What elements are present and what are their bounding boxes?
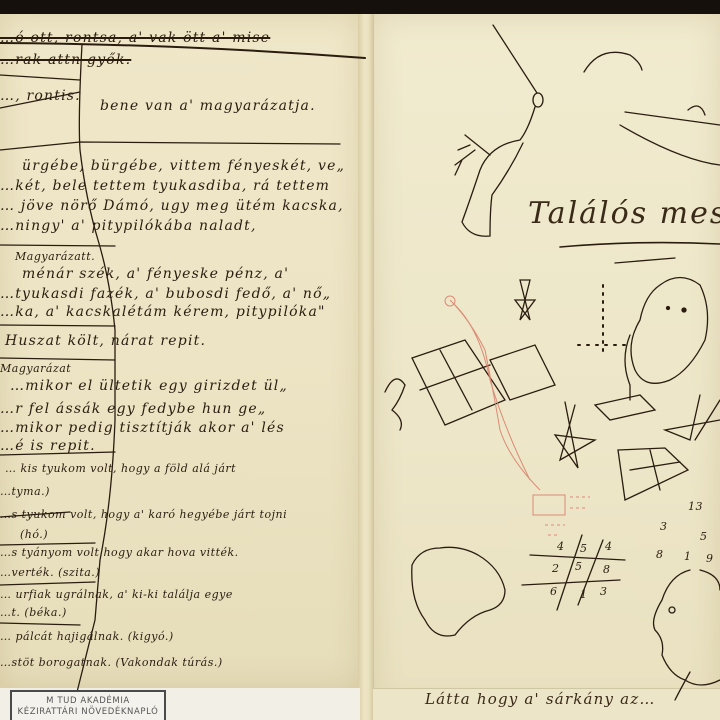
handwritten-line: …mikor pedig tisztítják akor a' lés: [0, 420, 285, 436]
handwritten-line: …ó ott, rontsa, a' vak ött a' mise: [0, 30, 270, 46]
handwritten-line: (hó.): [20, 528, 48, 541]
handwritten-line: …tyma.): [0, 485, 50, 498]
side-number: 5: [700, 530, 708, 543]
page-heading: Találós mes…: [528, 196, 720, 231]
grid-number: 4: [557, 540, 565, 553]
side-number: 1: [684, 550, 692, 563]
side-number: 8: [656, 548, 664, 561]
handwritten-line: bene van a' magyarázatja.: [100, 98, 316, 114]
handwritten-line: …s tyukom volt, hogy a' karó hegyébe jár…: [0, 508, 287, 521]
archive-stamp: M TUD AKADÉMIA KÉZIRATTÁRI NÖVEDÉKNAPLÓ: [10, 690, 166, 720]
grid-number: 8: [603, 563, 611, 576]
grid-number: 5: [580, 542, 588, 555]
handwritten-line: ménár szék, a' fényeske pénz, a': [22, 266, 289, 282]
handwritten-line: …ningy' a' pitypilókába naladt,: [0, 218, 257, 234]
grid-number: 6: [550, 585, 558, 598]
handwritten-line: …rak attn győk.: [0, 52, 131, 68]
handwritten-line: …verték. (szita.): [0, 566, 100, 579]
handwritten-line: … urfiak ugrálnak, a' ki-ki találja egye: [0, 588, 233, 601]
handwritten-heading: Magyarázatt.: [15, 250, 95, 263]
grid-number: 4: [605, 540, 613, 553]
handwritten-line: Látta hogy a' sárkány az…: [425, 690, 656, 708]
handwritten-line: …két, bele tettem tyukasdiba, rá tettem: [0, 178, 330, 194]
handwritten-line: … pálcát hajigálnak. (kigyó.): [0, 630, 174, 643]
side-number: 3: [660, 520, 668, 533]
handwritten-heading: Magyarázat: [0, 362, 71, 375]
handwritten-line: … jöve nörő Dámó, ugy meg ütém kacska,: [0, 198, 344, 214]
handwritten-line: Huszat költ, nárat repit.: [5, 333, 206, 349]
side-number: 9: [706, 552, 714, 565]
handwritten-line: …t. (béka.): [0, 606, 67, 619]
handwritten-line: …tyukasdi fazék, a' bubosdi fedő, a' nő„: [0, 286, 331, 302]
stamp-line-2: KÉZIRATTÁRI NÖVEDÉKNAPLÓ: [12, 707, 164, 718]
grid-number: 5: [575, 560, 583, 573]
handwritten-line: …s tyányom volt hogy akar hova vitték.: [0, 546, 239, 559]
handwritten-line: …r fel ássák egy fedybe hun ge„: [0, 401, 266, 417]
handwritten-line: … kis tyukom volt, hogy a föld alá járt: [5, 462, 236, 475]
handwritten-line: …mikor el ültetik egy girizdet ül„: [10, 378, 288, 394]
handwritten-line: …, rontis.: [0, 88, 81, 104]
handwritten-line: …stöt borogatnak. (Vakondak túrás.): [0, 656, 223, 669]
handwritten-line: …ka, a' kacskalétám kérem, pitypilóka": [0, 304, 326, 320]
stamp-line-1: M TUD AKADÉMIA: [12, 696, 164, 707]
grid-number: 2: [552, 562, 560, 575]
handwritten-line: …é is repit.: [0, 438, 96, 454]
grid-number: 1: [580, 588, 588, 601]
handwritten-line: ürgébe, bürgébe, vittem fényeskét, ve„: [22, 158, 345, 174]
grid-number: 3: [600, 585, 608, 598]
side-number: 13: [688, 500, 703, 513]
